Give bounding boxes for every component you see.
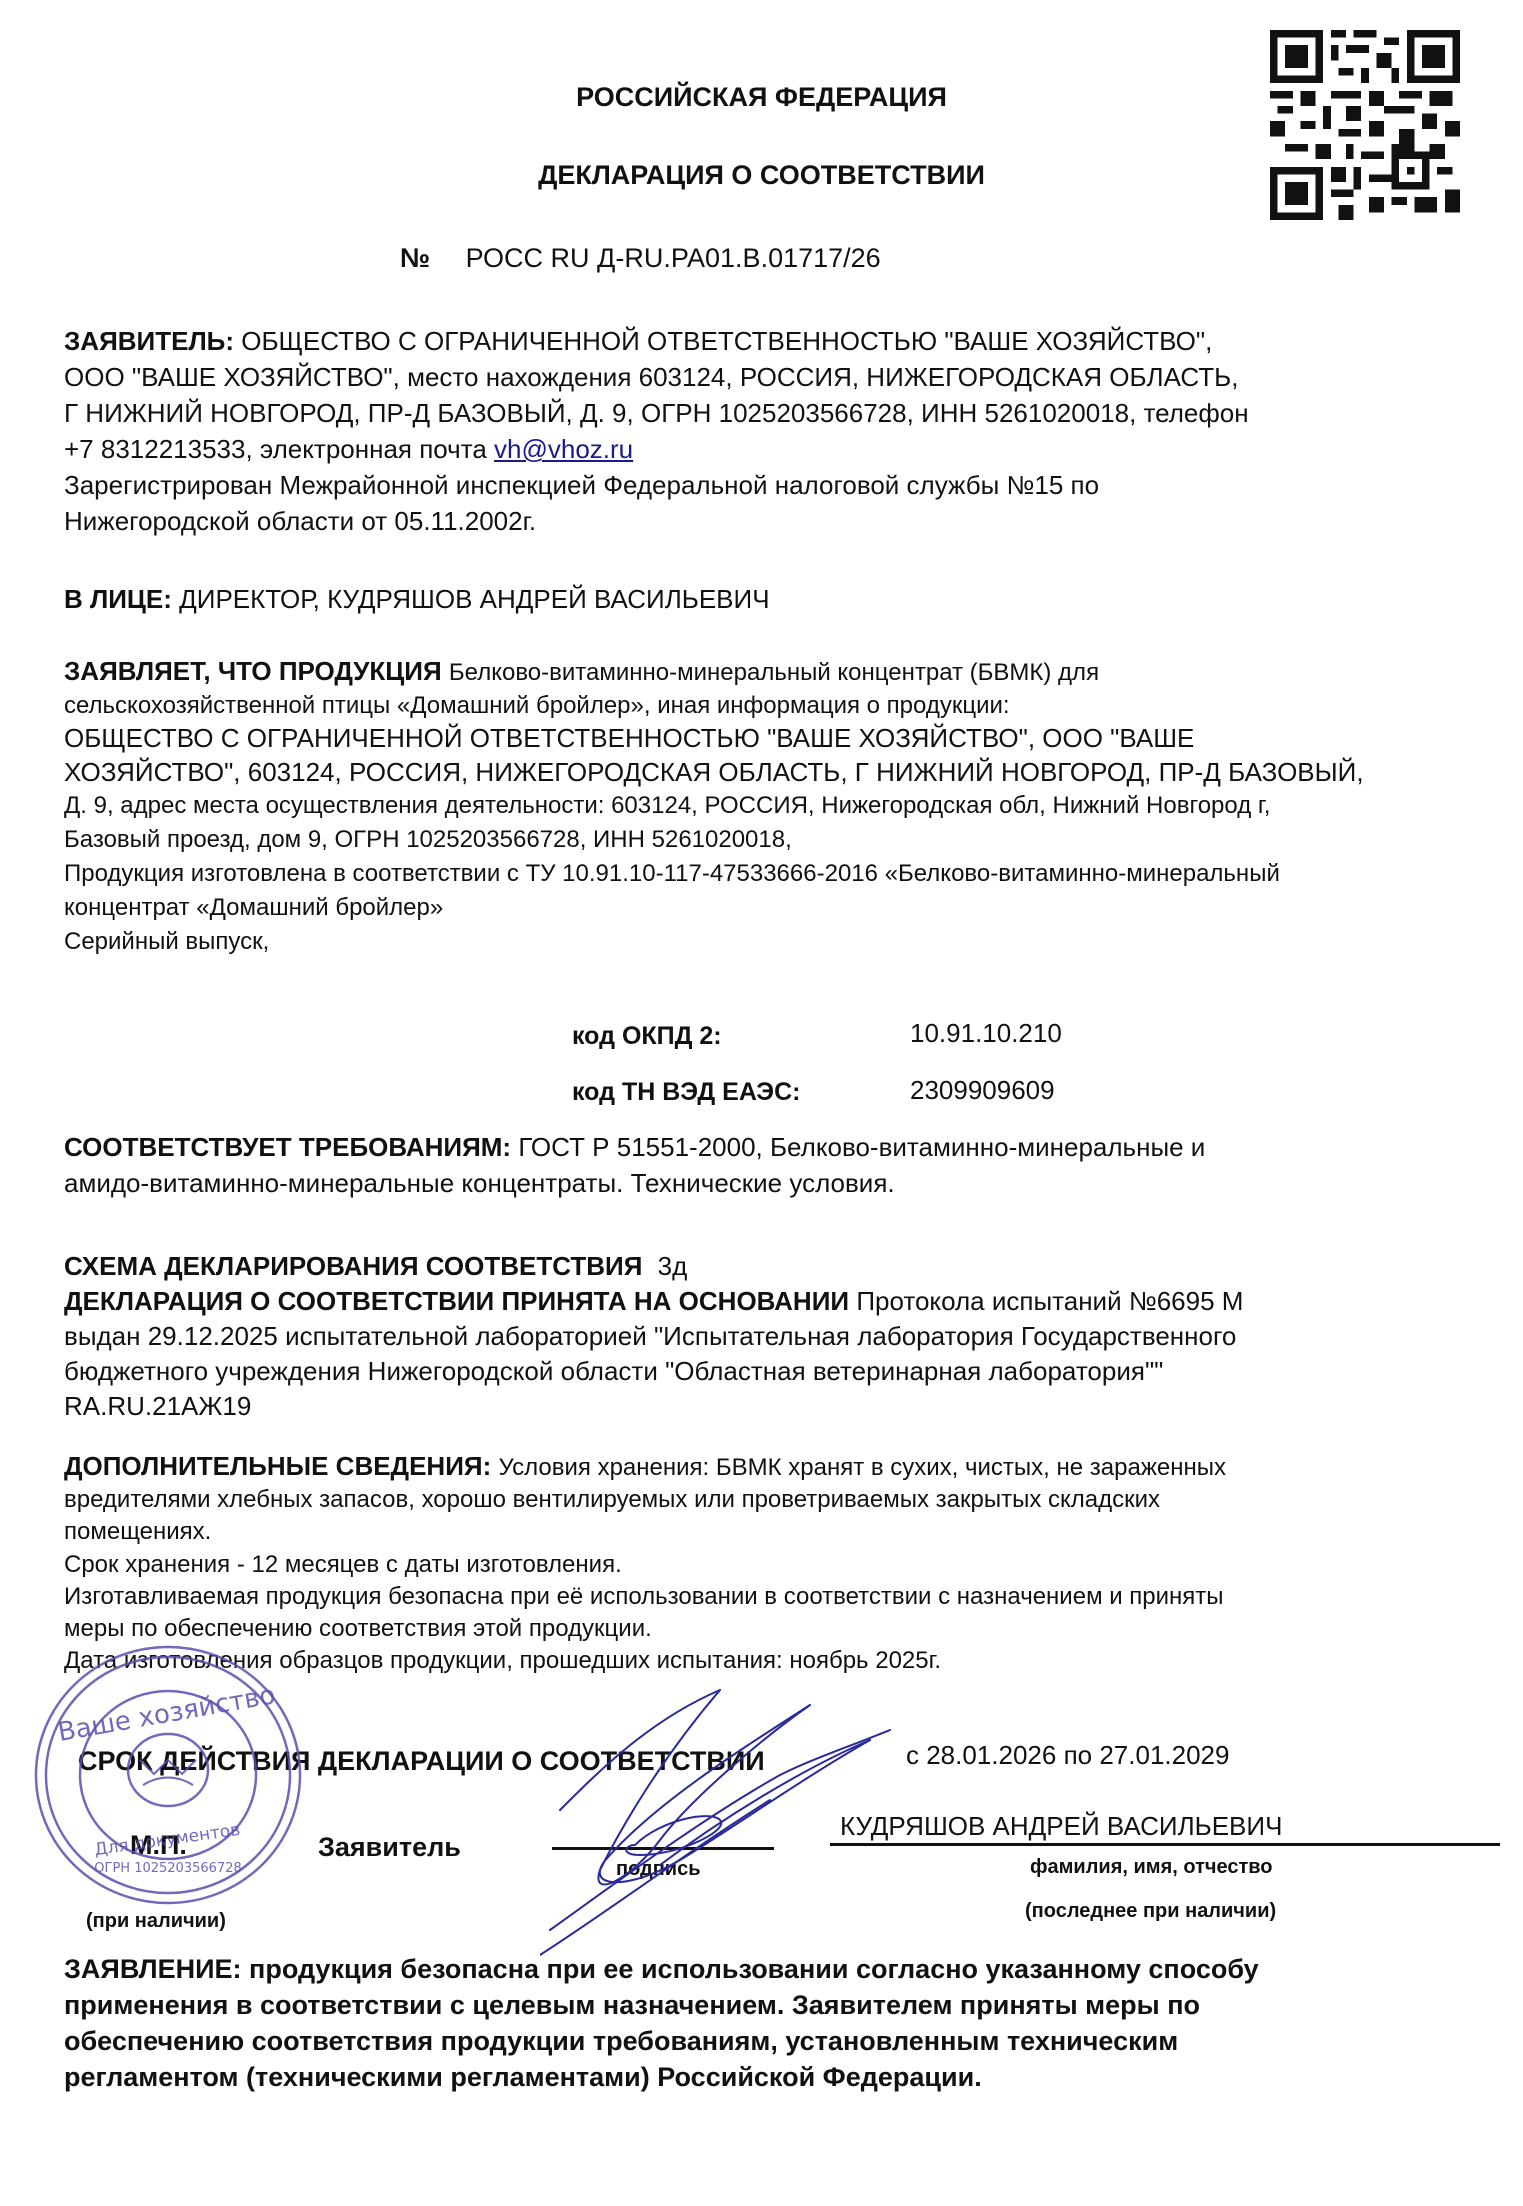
applicant-email-link[interactable]: vh@vhoz.ru bbox=[494, 434, 633, 464]
name-line bbox=[830, 1843, 1500, 1846]
seal-note: (при наличии) bbox=[86, 1910, 226, 1933]
requirements-line-2: амидо-витаминно-минеральные концентраты.… bbox=[64, 1167, 895, 1199]
applicant-line-4: +7 8312213533, электронная почта vh@vhoz… bbox=[64, 433, 633, 465]
basis-line-1: ДЕКЛАРАЦИЯ О СООТВЕТСТВИИ ПРИНЯТА НА ОСН… bbox=[64, 1285, 1243, 1317]
applicant-line-3: Г НИЖНИЙ НОВГОРОД, ПР-Д БАЗОВЫЙ, Д. 9, О… bbox=[64, 397, 1249, 429]
product-line-4: ХОЗЯЙСТВО", 603124, РОССИЯ, НИЖЕГОРОДСКА… bbox=[64, 756, 1364, 788]
applicant-line-6: Нижегородской области от 05.11.2002г. bbox=[64, 505, 536, 537]
additional-line-1: ДОПОЛНИТЕЛЬНЫЕ СВЕДЕНИЯ: Условия хранени… bbox=[64, 1450, 1226, 1484]
applicant-line-2: ООО "ВАШЕ ХОЗЯЙСТВО", место нахождения 6… bbox=[64, 361, 1238, 393]
additional-line-3: помещениях. bbox=[64, 1516, 211, 1548]
product-line-1: ЗАЯВЛЯЕТ, ЧТО ПРОДУКЦИЯ Белково-витаминн… bbox=[64, 655, 1099, 689]
basis-line-4: RA.RU.21АЖ19 bbox=[64, 1390, 251, 1422]
handwritten-signature-icon bbox=[540, 1680, 900, 1960]
svg-text:ОГРН 1025203566728: ОГРН 1025203566728 bbox=[94, 1861, 241, 1876]
tnved-label: код ТН ВЭД ЕАЭС: bbox=[572, 1078, 800, 1107]
number-sign: № bbox=[400, 243, 430, 273]
applicant-label: ЗАЯВИТЕЛЬ: bbox=[64, 326, 234, 356]
represented-by-value: ДИРЕКТОР, КУДРЯШОВ АНДРЕЙ ВАСИЛЬЕВИЧ bbox=[179, 584, 769, 614]
applicant-name: ОБЩЕСТВО С ОГРАНИЧЕННОЙ ОТВЕТСТВЕННОСТЬЮ… bbox=[241, 326, 1212, 356]
basis-label: ДЕКЛАРАЦИЯ О СООТВЕТСТВИИ ПРИНЯТА НА ОСН… bbox=[64, 1286, 849, 1316]
company-stamp-icon: Ваше хозяйство Для документов ОГРН 10252… bbox=[28, 1640, 308, 1910]
statement-line-2: применения в соответствии с целевым назн… bbox=[64, 1989, 1200, 2021]
product-line-5: Д. 9, адрес места осуществления деятельн… bbox=[64, 790, 1270, 822]
scheme-line: СХЕМА ДЕКЛАРИРОВАНИЯ СООТВЕТСТВИЯ 3д bbox=[64, 1250, 687, 1282]
statement-line-4: регламентом (техническими регламентами) … bbox=[64, 2061, 982, 2093]
qr-code-icon bbox=[1270, 30, 1460, 220]
product-line-6: Базовый проезд, дом 9, ОГРН 102520356672… bbox=[64, 824, 792, 856]
name-caption: фамилия, имя, отчество bbox=[1030, 1856, 1273, 1879]
tnved-value: 2309909609 bbox=[910, 1075, 1055, 1106]
product-label: ЗАЯВЛЯЕТ, ЧТО ПРОДУКЦИЯ bbox=[64, 656, 442, 686]
applicant-phone: +7 8312213533, электронная почта bbox=[64, 434, 494, 464]
product-line-7: Продукция изготовлена в соответствии с Т… bbox=[64, 858, 1280, 890]
product-line-3: ОБЩЕСТВО С ОГРАНИЧЕННОЙ ОТВЕТСТВЕННОСТЬЮ… bbox=[64, 722, 1194, 754]
scheme-value: 3д bbox=[658, 1251, 688, 1281]
requirements-line-1: СООТВЕТСТВУЕТ ТРЕБОВАНИЯМ: ГОСТ Р 51551-… bbox=[64, 1131, 1205, 1163]
basis-line-2: выдан 29.12.2025 испытательной лаборатор… bbox=[64, 1320, 1236, 1352]
applicant-line-1: ЗАЯВИТЕЛЬ: ОБЩЕСТВО С ОГРАНИЧЕННОЙ ОТВЕТ… bbox=[64, 325, 1212, 357]
okpd-value: 10.91.10.210 bbox=[910, 1018, 1062, 1049]
statement-line-3: обеспечению соответствия продукции требо… bbox=[64, 2025, 1178, 2057]
additional-line-5: Изготавливаемая продукция безопасна при … bbox=[64, 1581, 1224, 1613]
applicant-signature-label: Заявитель bbox=[318, 1832, 461, 1863]
number-value: РОСС RU Д-RU.РА01.В.01717/26 bbox=[466, 243, 881, 273]
signatory-name: КУДРЯШОВ АНДРЕЙ ВАСИЛЬЕВИЧ bbox=[840, 1811, 1282, 1842]
product-line-8: концентрат «Домашний бройлер» bbox=[64, 892, 443, 924]
name-note: (последнее при наличии) bbox=[1025, 1900, 1276, 1923]
basis-protocol: Протокола испытаний №6695 М bbox=[856, 1286, 1243, 1316]
statement-label: ЗАЯВЛЕНИЕ: bbox=[64, 1954, 242, 1984]
additional-storage-conditions: Условия хранения: БВМК хранят в сухих, ч… bbox=[498, 1454, 1226, 1481]
product-line-9: Серийный выпуск, bbox=[64, 926, 269, 958]
represented-by: В ЛИЦЕ: ДИРЕКТОР, КУДРЯШОВ АНДРЕЙ ВАСИЛЬ… bbox=[64, 583, 770, 615]
requirements-standard: ГОСТ Р 51551-2000, Белково-витаминно-мин… bbox=[518, 1132, 1205, 1162]
declaration-number: № РОСС RU Д-RU.РА01.В.01717/26 bbox=[400, 243, 881, 274]
okpd-label: код ОКПД 2: bbox=[572, 1022, 722, 1051]
svg-text:Для документов: Для документов bbox=[93, 1820, 241, 1860]
statement-line-1: ЗАЯВЛЕНИЕ: продукция безопасна при ее ис… bbox=[64, 1953, 1259, 1985]
scheme-label: СХЕМА ДЕКЛАРИРОВАНИЯ СООТВЕТСТВИЯ bbox=[64, 1251, 642, 1281]
statement-text: продукция безопасна при ее использовании… bbox=[249, 1954, 1259, 1984]
additional-line-2: вредителями хлебных запасов, хорошо вент… bbox=[64, 1484, 1160, 1516]
basis-line-3: бюджетного учреждения Нижегородской обла… bbox=[64, 1355, 1163, 1387]
applicant-line-5: Зарегистрирован Межрайонной инспекцией Ф… bbox=[64, 469, 1099, 501]
additional-line-4: Срок хранения - 12 месяцев с даты изгото… bbox=[64, 1549, 622, 1581]
requirements-label: СООТВЕТСТВУЕТ ТРЕБОВАНИЯМ: bbox=[64, 1132, 511, 1162]
product-line-2: сельскохозяйственной птицы «Домашний бро… bbox=[64, 690, 1010, 722]
represented-by-label: В ЛИЦЕ: bbox=[64, 584, 172, 614]
product-name: Белково-витаминно-минеральный концентрат… bbox=[449, 659, 1099, 686]
validity-dates: с 28.01.2026 по 27.01.2029 bbox=[906, 1740, 1229, 1771]
additional-label: ДОПОЛНИТЕЛЬНЫЕ СВЕДЕНИЯ: bbox=[64, 1451, 491, 1481]
